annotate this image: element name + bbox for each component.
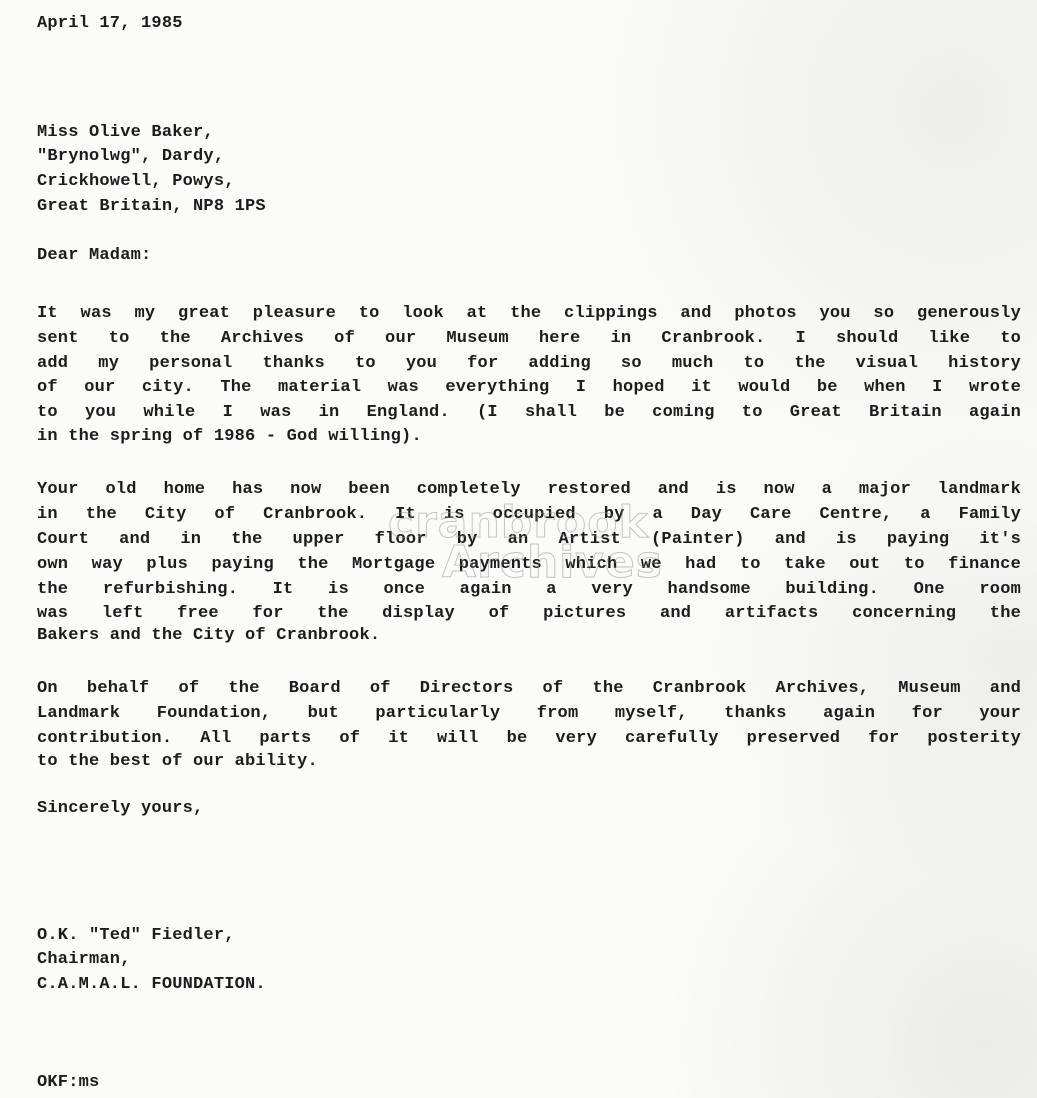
body-line: the refurbishing. It is once again a ver… bbox=[37, 580, 1021, 600]
body-line: Your old home has now been completely re… bbox=[37, 480, 1021, 500]
address-line: "Brynolwg", Dardy, bbox=[37, 147, 224, 167]
body-line: Landmark Foundation, but particularly fr… bbox=[37, 704, 1021, 724]
body-line: contribution. All parts of it will be ve… bbox=[37, 729, 1021, 749]
body-line: to you while I was in England. (I shall … bbox=[37, 403, 1021, 423]
signature-organization: C.A.M.A.L. FOUNDATION. bbox=[37, 975, 266, 995]
body-line: On behalf of the Board of Directors of t… bbox=[37, 679, 1021, 699]
closing: Sincerely yours, bbox=[37, 799, 203, 819]
address-line: Miss Olive Baker, bbox=[37, 123, 214, 143]
letter-page: April 17, 1985 Miss Olive Baker, "Brynol… bbox=[0, 0, 1037, 1098]
address-line: Great Britain, NP8 1PS bbox=[37, 197, 266, 217]
address-line: Crickhowell, Powys, bbox=[37, 172, 235, 192]
signature-title: Chairman, bbox=[37, 950, 131, 970]
body-line: of our city. The material was everything… bbox=[37, 378, 1021, 398]
body-line: Court and in the upper floor by an Artis… bbox=[37, 530, 1021, 550]
reference-initials: OKF:ms bbox=[37, 1073, 99, 1093]
signature-name: O.K. "Ted" Fiedler, bbox=[37, 926, 235, 946]
body-line: It was my great pleasure to look at the … bbox=[37, 304, 1021, 324]
body-line: own way plus paying the Mortgage payment… bbox=[37, 555, 1021, 575]
body-line: sent to the Archives of our Museum here … bbox=[37, 329, 1021, 349]
body-line: in the City of Cranbrook. It is occupied… bbox=[37, 505, 1021, 525]
body-line: add my personal thanks to you for adding… bbox=[37, 354, 1021, 374]
salutation: Dear Madam: bbox=[37, 246, 151, 266]
body-line: to the best of our ability. bbox=[37, 752, 318, 772]
body-line: in the spring of 1986 - God willing). bbox=[37, 427, 422, 447]
letter-date: April 17, 1985 bbox=[37, 14, 183, 34]
body-line: Bakers and the City of Cranbrook. bbox=[37, 626, 380, 646]
body-line: was left free for the display of picture… bbox=[37, 604, 1021, 624]
